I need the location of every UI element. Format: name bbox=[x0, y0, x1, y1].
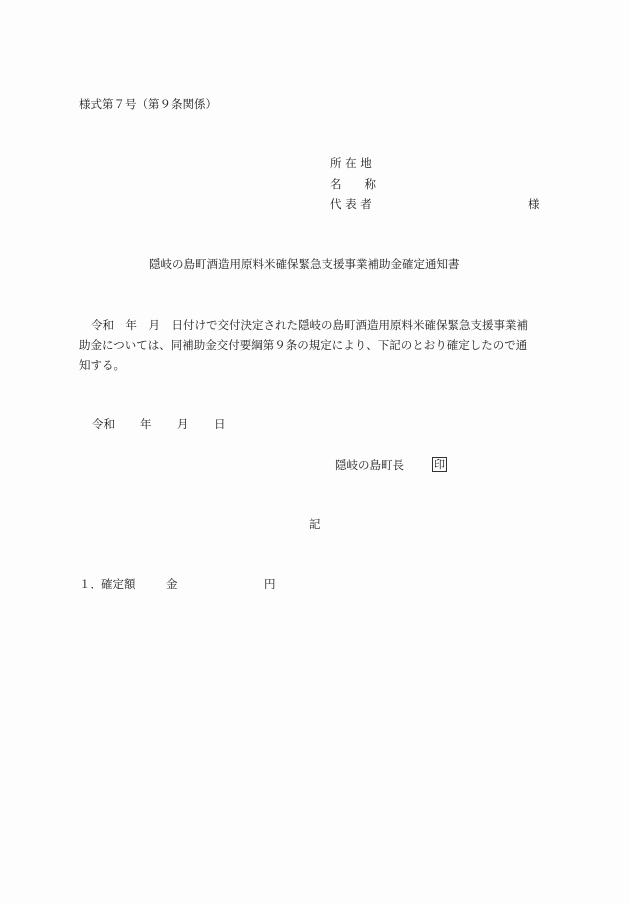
seal-box: 印 bbox=[432, 457, 447, 472]
document-title: 隠岐の島町酒造用原料米確保緊急支援事業補助金確定通知書 bbox=[149, 259, 460, 271]
date-month: 月 bbox=[177, 419, 189, 431]
honorific: 様 bbox=[528, 199, 540, 211]
item-prefix: 金 bbox=[166, 579, 178, 591]
date-year: 年 bbox=[140, 419, 152, 431]
item-unit: 円 bbox=[264, 579, 276, 591]
body-line-1: 令和 年 月 日付けで交付決定された隠岐の島町酒造用原料米確保緊急支援事業補 bbox=[91, 320, 528, 332]
name-label: 名 称 bbox=[330, 179, 376, 191]
body-line-2: 助金については、同補助金交付要綱第９条の規定により、下記のとおり確定したので通 bbox=[79, 340, 527, 352]
date-era: 令和 bbox=[92, 419, 115, 431]
seal-mark: 印 bbox=[432, 457, 447, 472]
address-label: 所 在 地 bbox=[330, 158, 372, 170]
item-label: 確定額 bbox=[101, 579, 136, 591]
body-line-3: 知する。 bbox=[79, 360, 125, 372]
representative-label: 代 表 者 bbox=[330, 199, 372, 211]
record-heading: 記 bbox=[309, 519, 321, 531]
item-number: １． bbox=[79, 579, 102, 591]
issuer-title: 隠岐の島町長 bbox=[335, 460, 404, 472]
form-number: 様式第７号（第９条関係） bbox=[79, 99, 217, 111]
date-day: 日 bbox=[214, 419, 226, 431]
